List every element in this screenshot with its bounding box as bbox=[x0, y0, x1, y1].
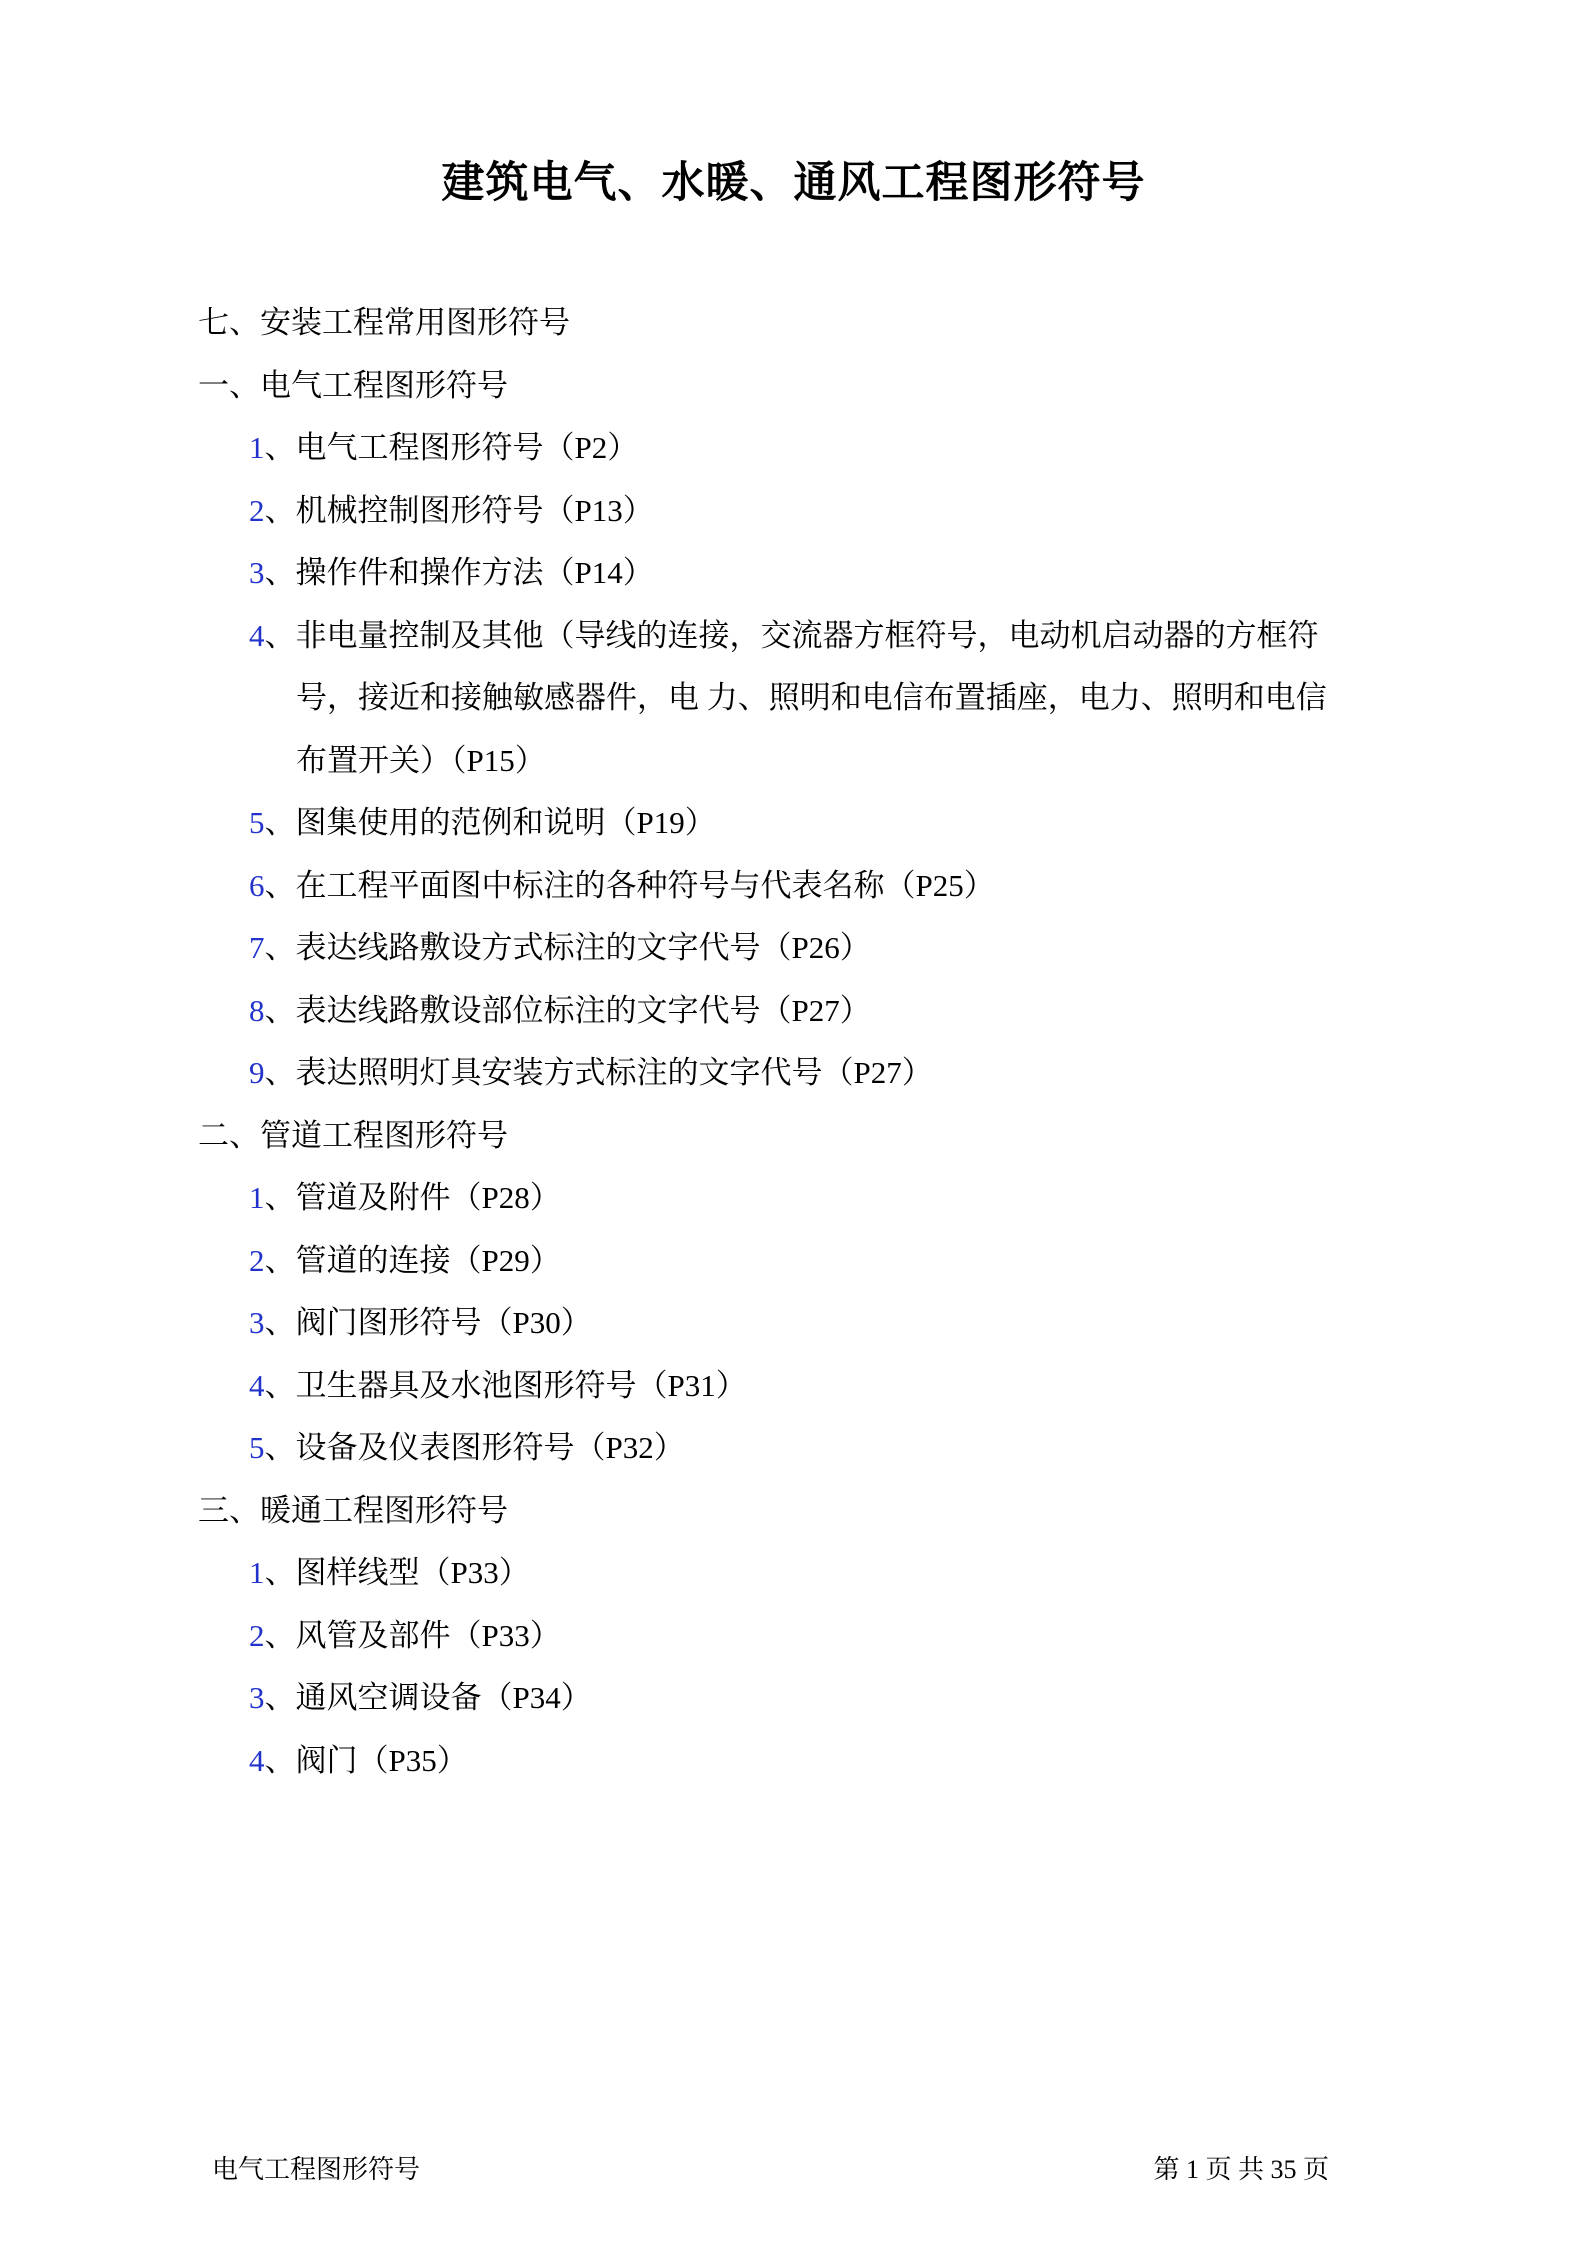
toc-item-separator: 、 bbox=[265, 993, 296, 1028]
toc-item-text: 风管及部件（P33） bbox=[296, 1618, 561, 1653]
toc-item: 1、电气工程图形符号（P2） bbox=[198, 417, 1348, 480]
toc-item-separator: 、 bbox=[265, 930, 296, 965]
toc-item-text: 通风空调设备（P34） bbox=[296, 1680, 592, 1715]
toc-item-text: 表达照明灯具安装方式标注的文字代号（P27） bbox=[296, 1055, 933, 1090]
toc-item-separator: 、 bbox=[265, 805, 296, 840]
toc-item-number: 4 bbox=[249, 1368, 265, 1403]
toc-item-separator: 、 bbox=[265, 1618, 296, 1653]
toc-item-text: 表达线路敷设方式标注的文字代号（P26） bbox=[296, 930, 871, 965]
toc-item-number: 9 bbox=[249, 1055, 265, 1090]
toc-item-text: 机械控制图形符号（P13） bbox=[296, 493, 654, 528]
toc-item-number: 3 bbox=[249, 555, 265, 590]
toc-item-text: 在工程平面图中标注的各种符号与代表名称（P25） bbox=[296, 868, 995, 903]
toc-item: 4、阀门（P35） bbox=[198, 1730, 1348, 1793]
toc-item: 5、图集使用的范例和说明（P19） bbox=[198, 792, 1348, 855]
document-title: 建筑电气、水暖、通风工程图形符号 bbox=[0, 148, 1587, 220]
toc-sections: 一、电气工程图形符号1、电气工程图形符号（P2）2、机械控制图形符号（P13）3… bbox=[198, 355, 1348, 1793]
toc-item-text: 操作件和操作方法（P14） bbox=[296, 555, 654, 590]
toc-item-separator: 、 bbox=[265, 1555, 296, 1590]
toc-item-number: 6 bbox=[249, 868, 265, 903]
toc-item-number: 1 bbox=[249, 1555, 265, 1590]
toc-item-separator: 、 bbox=[265, 1055, 296, 1090]
section-heading-1: 一、电气工程图形符号 bbox=[198, 355, 1348, 418]
toc-item-separator: 、 bbox=[265, 1305, 296, 1340]
toc-item-number: 2 bbox=[249, 1618, 265, 1653]
toc-item-number: 5 bbox=[249, 1430, 265, 1465]
toc-item-separator: 、 bbox=[265, 555, 296, 590]
toc-item-number: 3 bbox=[249, 1305, 265, 1340]
toc-item-text: 图样线型（P33） bbox=[296, 1555, 530, 1590]
footer-document-name: 电气工程图形符号 bbox=[212, 2150, 420, 2190]
toc-item-text: 阀门图形符号（P30） bbox=[296, 1305, 592, 1340]
toc-item-number: 3 bbox=[249, 1680, 265, 1715]
toc-item-number: 7 bbox=[249, 930, 265, 965]
toc-item-separator: 、 bbox=[265, 868, 296, 903]
section-heading-3: 三、暖通工程图形符号 bbox=[198, 1480, 1348, 1543]
toc-item-separator: 、 bbox=[265, 430, 296, 465]
toc-item-number: 4 bbox=[249, 1743, 265, 1778]
toc-item: 3、通风空调设备（P34） bbox=[198, 1667, 1348, 1730]
toc-item-number: 2 bbox=[249, 1243, 265, 1278]
toc-item-text: 设备及仪表图形符号（P32） bbox=[296, 1430, 685, 1465]
toc-item: 2、风管及部件（P33） bbox=[198, 1605, 1348, 1668]
document-page: 建筑电气、水暖、通风工程图形符号 七、安装工程常用图形符号 一、电气工程图形符号… bbox=[0, 0, 1587, 2245]
toc-item: 8、表达线路敷设部位标注的文字代号（P27） bbox=[198, 980, 1348, 1043]
toc-item-separator: 、 bbox=[265, 493, 296, 528]
toc-item-text: 管道的连接（P29） bbox=[296, 1243, 561, 1278]
toc-item-number: 4 bbox=[249, 618, 265, 653]
table-of-contents: 七、安装工程常用图形符号 一、电气工程图形符号1、电气工程图形符号（P2）2、机… bbox=[198, 292, 1348, 1792]
toc-item: 1、管道及附件（P28） bbox=[198, 1167, 1348, 1230]
toc-item: 2、管道的连接（P29） bbox=[198, 1230, 1348, 1293]
toc-item-number: 2 bbox=[249, 493, 265, 528]
toc-item-text: 图集使用的范例和说明（P19） bbox=[296, 805, 716, 840]
section-heading-2: 二、管道工程图形符号 bbox=[198, 1105, 1348, 1168]
toc-item: 9、表达照明灯具安装方式标注的文字代号（P27） bbox=[198, 1042, 1348, 1105]
toc-item-text: 卫生器具及水池图形符号（P31） bbox=[296, 1368, 747, 1403]
toc-item-text: 阀门（P35） bbox=[296, 1743, 468, 1778]
toc-item: 3、阀门图形符号（P30） bbox=[198, 1292, 1348, 1355]
toc-item: 6、在工程平面图中标注的各种符号与代表名称（P25） bbox=[198, 855, 1348, 918]
toc-item: 4、非电量控制及其他（导线的连接，交流器方框符号，电动机启动器的方框符号，接近和… bbox=[198, 605, 1348, 793]
footer-page-number: 第 1 页 共 35 页 bbox=[1153, 2150, 1329, 2190]
toc-item-separator: 、 bbox=[265, 1430, 296, 1465]
toc-item-separator: 、 bbox=[265, 1368, 296, 1403]
toc-item: 4、卫生器具及水池图形符号（P31） bbox=[198, 1355, 1348, 1418]
toc-item-separator: 、 bbox=[265, 1243, 296, 1278]
toc-item-text: 电气工程图形符号（P2） bbox=[296, 430, 639, 465]
toc-item-number: 5 bbox=[249, 805, 265, 840]
toc-item-text: 表达线路敷设部位标注的文字代号（P27） bbox=[296, 993, 871, 1028]
toc-item: 2、机械控制图形符号（P13） bbox=[198, 480, 1348, 543]
toc-item-separator: 、 bbox=[265, 618, 296, 653]
toc-item-number: 8 bbox=[249, 993, 265, 1028]
toc-item-text: 非电量控制及其他（导线的连接，交流器方框符号，电动机启动器的方框符号，接近和接触… bbox=[296, 618, 1327, 778]
toc-item-number: 1 bbox=[249, 430, 265, 465]
toc-item: 7、表达线路敷设方式标注的文字代号（P26） bbox=[198, 917, 1348, 980]
toc-main-heading: 七、安装工程常用图形符号 bbox=[198, 292, 1348, 355]
toc-item: 3、操作件和操作方法（P14） bbox=[198, 542, 1348, 605]
toc-item-text: 管道及附件（P28） bbox=[296, 1180, 561, 1215]
toc-item-separator: 、 bbox=[265, 1743, 296, 1778]
toc-item: 1、图样线型（P33） bbox=[198, 1542, 1348, 1605]
toc-item-separator: 、 bbox=[265, 1680, 296, 1715]
toc-item-number: 1 bbox=[249, 1180, 265, 1215]
toc-item-separator: 、 bbox=[265, 1180, 296, 1215]
toc-item: 5、设备及仪表图形符号（P32） bbox=[198, 1417, 1348, 1480]
